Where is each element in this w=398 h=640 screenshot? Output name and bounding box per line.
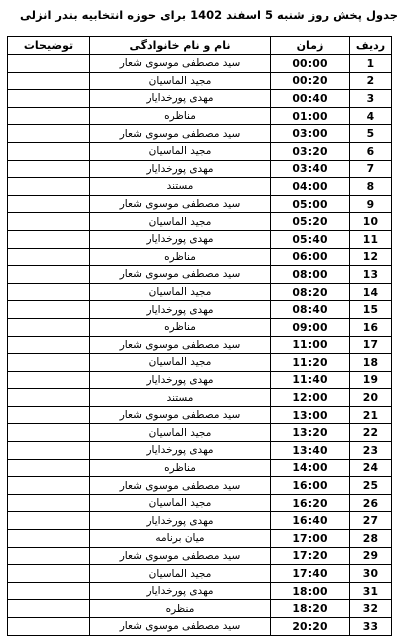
row-number-cell: 18 [350,354,392,372]
name-cell: مناظره [90,248,271,266]
table-row: 1005:20مجید الماسیان [8,213,392,231]
row-number-cell: 26 [350,494,392,512]
row-number-cell: 15 [350,301,392,319]
name-cell: سید مصطفی موسوی شعار [90,55,271,73]
name-cell: مهدی پورخدایار [90,230,271,248]
name-cell: سید مصطفی موسوی شعار [90,195,271,213]
row-number-cell: 12 [350,248,392,266]
name-cell: مجید الماسیان [90,142,271,160]
name-cell: سید مصطفی موسوی شعار [90,336,271,354]
header-notes: توضیحات [8,37,90,55]
row-number-cell: 21 [350,406,392,424]
notes-cell [8,618,90,636]
row-number-cell: 8 [350,178,392,196]
time-cell: 00:40 [271,90,350,108]
row-number-cell: 28 [350,530,392,548]
notes-cell [8,125,90,143]
time-cell: 14:00 [271,459,350,477]
row-number-cell: 1 [350,55,392,73]
schedule-page: جدول پخش روز شنبه 5 اسفند 1402 برای حوزه… [0,0,398,640]
row-number-cell: 9 [350,195,392,213]
name-cell: سید مصطفی موسوی شعار [90,618,271,636]
table-row: 300:40مهدی پورخدایار [8,90,392,108]
notes-cell [8,230,90,248]
time-cell: 05:20 [271,213,350,231]
row-number-cell: 2 [350,72,392,90]
time-cell: 17:40 [271,565,350,583]
notes-cell [8,459,90,477]
notes-cell [8,160,90,178]
name-cell: مجید الماسیان [90,283,271,301]
time-cell: 08:20 [271,283,350,301]
table-row: 3017:40مجید الماسیان [8,565,392,583]
table-row: 2313:40مهدی پورخدایار [8,442,392,460]
row-number-cell: 27 [350,512,392,530]
time-cell: 08:00 [271,266,350,284]
row-number-cell: 13 [350,266,392,284]
table-row: 1105:40مهدی پورخدایار [8,230,392,248]
notes-cell [8,547,90,565]
time-cell: 05:00 [271,195,350,213]
name-cell: منظره [90,600,271,618]
table-row: 905:00سید مصطفی موسوی شعار [8,195,392,213]
row-number-cell: 32 [350,600,392,618]
time-cell: 08:40 [271,301,350,319]
table-row: 3218:20منظره [8,600,392,618]
time-cell: 16:20 [271,494,350,512]
table-row: 200:20مجید الماسیان [8,72,392,90]
page-title: جدول پخش روز شنبه 5 اسفند 1402 برای حوزه… [0,0,398,36]
notes-cell [8,107,90,125]
row-number-cell: 4 [350,107,392,125]
time-cell: 00:00 [271,55,350,73]
name-cell: مجید الماسیان [90,354,271,372]
table-header: ردیف زمان نام و نام خانوادگی توضیحات [8,37,392,55]
table-row: 1206:00مناظره [8,248,392,266]
table-row: 2213:20مجید الماسیان [8,424,392,442]
time-cell: 03:40 [271,160,350,178]
time-cell: 11:40 [271,371,350,389]
name-cell: سید مصطفی موسوی شعار [90,406,271,424]
time-cell: 16:40 [271,512,350,530]
row-number-cell: 30 [350,565,392,583]
time-cell: 05:40 [271,230,350,248]
notes-cell [8,354,90,372]
notes-cell [8,195,90,213]
notes-cell [8,90,90,108]
time-cell: 06:00 [271,248,350,266]
row-number-cell: 25 [350,477,392,495]
table-row: 2716:40مهدی پورخدایار [8,512,392,530]
name-cell: مجید الماسیان [90,213,271,231]
table-row: 401:00مناظره [8,107,392,125]
notes-cell [8,301,90,319]
row-number-cell: 7 [350,160,392,178]
notes-cell [8,389,90,407]
name-cell: مهدی پورخدایار [90,90,271,108]
table-row: 2012:00مستند [8,389,392,407]
name-cell: مهدی پورخدایار [90,160,271,178]
time-cell: 13:40 [271,442,350,460]
table-row: 503:00سید مصطفی موسوی شعار [8,125,392,143]
notes-cell [8,477,90,495]
name-cell: مستند [90,389,271,407]
row-number-cell: 19 [350,371,392,389]
row-number-cell: 11 [350,230,392,248]
time-cell: 17:20 [271,547,350,565]
row-number-cell: 24 [350,459,392,477]
header-name: نام و نام خانوادگی [90,37,271,55]
name-cell: مهدی پورخدایار [90,512,271,530]
name-cell: مناظره [90,459,271,477]
table-row: 603:20مجید الماسیان [8,142,392,160]
row-number-cell: 5 [350,125,392,143]
time-cell: 16:00 [271,477,350,495]
notes-cell [8,55,90,73]
table-row: 2817:00میان برنامه [8,530,392,548]
table-row: 1408:20مجید الماسیان [8,283,392,301]
time-cell: 18:20 [271,600,350,618]
table-row: 3320:20سید مصطفی موسوی شعار [8,618,392,636]
notes-cell [8,424,90,442]
table-row: 2414:00مناظره [8,459,392,477]
notes-cell [8,248,90,266]
notes-cell [8,530,90,548]
name-cell: مناظره [90,318,271,336]
table-row: 1911:40مهدی پورخدایار [8,371,392,389]
time-cell: 03:20 [271,142,350,160]
table-row: 1308:00سید مصطفی موسوی شعار [8,266,392,284]
header-row-number: ردیف [350,37,392,55]
time-cell: 12:00 [271,389,350,407]
notes-cell [8,494,90,512]
name-cell: مجید الماسیان [90,494,271,512]
table-row: 703:40مهدی پورخدایار [8,160,392,178]
notes-cell [8,582,90,600]
time-cell: 03:00 [271,125,350,143]
row-number-cell: 20 [350,389,392,407]
table-row: 2516:00سید مصطفی موسوی شعار [8,477,392,495]
table-row: 100:00سید مصطفی موسوی شعار [8,55,392,73]
row-number-cell: 6 [350,142,392,160]
name-cell: سید مصطفی موسوی شعار [90,477,271,495]
table-row: 2616:20مجید الماسیان [8,494,392,512]
name-cell: مهدی پورخدایار [90,442,271,460]
name-cell: مهدی پورخدایار [90,371,271,389]
row-number-cell: 10 [350,213,392,231]
notes-cell [8,72,90,90]
table-row: 1508:40مهدی پورخدایار [8,301,392,319]
table-row: 1609:00مناظره [8,318,392,336]
name-cell: مهدی پورخدایار [90,582,271,600]
table-row: 804:00مستند [8,178,392,196]
time-cell: 04:00 [271,178,350,196]
name-cell: مناظره [90,107,271,125]
notes-cell [8,600,90,618]
table-row: 1811:20مجید الماسیان [8,354,392,372]
name-cell: مهدی پورخدایار [90,301,271,319]
time-cell: 13:20 [271,424,350,442]
broadcast-schedule-table: ردیف زمان نام و نام خانوادگی توضیحات 100… [7,36,392,636]
notes-cell [8,318,90,336]
row-number-cell: 3 [350,90,392,108]
time-cell: 11:20 [271,354,350,372]
row-number-cell: 33 [350,618,392,636]
name-cell: مستند [90,178,271,196]
table-row: 1711:00سید مصطفی موسوی شعار [8,336,392,354]
row-number-cell: 17 [350,336,392,354]
name-cell: مجید الماسیان [90,424,271,442]
notes-cell [8,336,90,354]
time-cell: 18:00 [271,582,350,600]
notes-cell [8,371,90,389]
notes-cell [8,406,90,424]
time-cell: 01:00 [271,107,350,125]
time-cell: 09:00 [271,318,350,336]
time-cell: 17:00 [271,530,350,548]
notes-cell [8,283,90,301]
time-cell: 11:00 [271,336,350,354]
time-cell: 20:20 [271,618,350,636]
notes-cell [8,442,90,460]
name-cell: سید مصطفی موسوی شعار [90,547,271,565]
notes-cell [8,213,90,231]
time-cell: 13:00 [271,406,350,424]
name-cell: سید مصطفی موسوی شعار [90,125,271,143]
row-number-cell: 31 [350,582,392,600]
table-row: 2113:00سید مصطفی موسوی شعار [8,406,392,424]
header-row: ردیف زمان نام و نام خانوادگی توضیحات [8,37,392,55]
table-row: 3118:00مهدی پورخدایار [8,582,392,600]
notes-cell [8,142,90,160]
table-row: 2917:20سید مصطفی موسوی شعار [8,547,392,565]
notes-cell [8,266,90,284]
name-cell: مجید الماسیان [90,72,271,90]
row-number-cell: 29 [350,547,392,565]
row-number-cell: 16 [350,318,392,336]
schedule-table-body: 100:00سید مصطفی موسوی شعار200:20مجید الم… [8,55,392,636]
time-cell: 00:20 [271,72,350,90]
notes-cell [8,512,90,530]
notes-cell [8,565,90,583]
notes-cell [8,178,90,196]
name-cell: میان برنامه [90,530,271,548]
name-cell: مجید الماسیان [90,565,271,583]
name-cell: سید مصطفی موسوی شعار [90,266,271,284]
row-number-cell: 22 [350,424,392,442]
header-time: زمان [271,37,350,55]
row-number-cell: 14 [350,283,392,301]
row-number-cell: 23 [350,442,392,460]
